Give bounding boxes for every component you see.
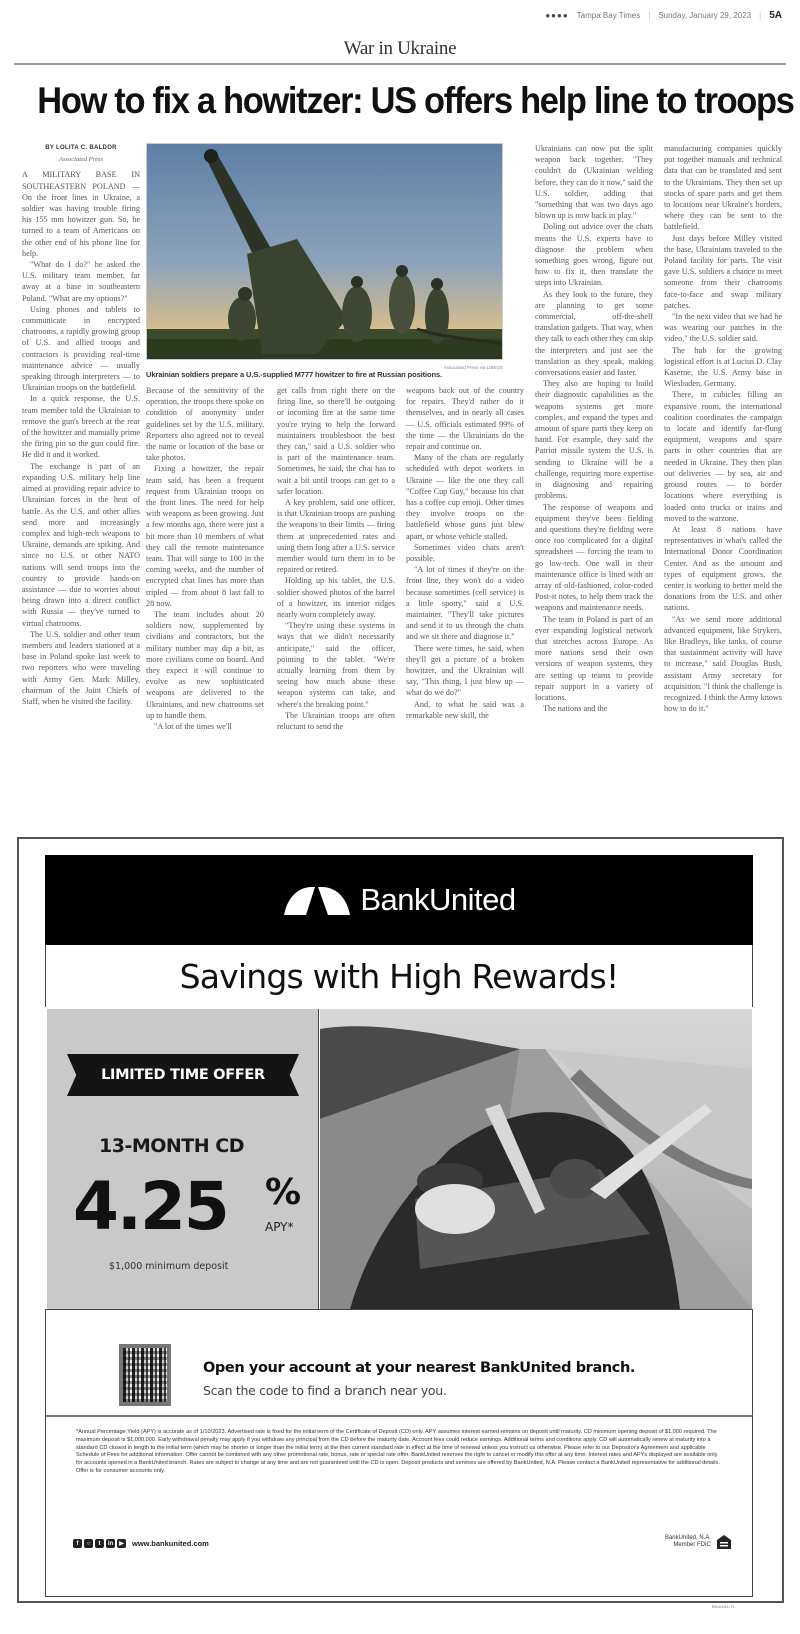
facebook-icon[interactable]: f: [73, 1539, 82, 1548]
ad-tagline: Savings with High Rewards!: [45, 945, 753, 1007]
article-paragraph: Because of the sensitivity of the operat…: [146, 385, 264, 463]
article-paragraph: Just days before Milley visited the base…: [664, 233, 782, 311]
article-paragraph: weapons back out of the country for repa…: [406, 385, 524, 452]
folio-ornament: ●●●●: [545, 11, 568, 20]
article-paragraph: "As we send more additional advanced equ…: [664, 614, 782, 715]
qr-code[interactable]: [119, 1344, 171, 1406]
article-column-4: weapons back out of the country for repa…: [406, 385, 524, 833]
ad-website-link[interactable]: www.bankunited.com: [132, 1539, 209, 1548]
ad-photo: [320, 1009, 752, 1309]
article-paragraph: The hub for the growing logistical effor…: [664, 345, 782, 390]
article-paragraph: There, in cubicles filling an expansive …: [664, 389, 782, 523]
bankunited-logo-icon: [282, 885, 352, 915]
article-paragraph: "A lot of the times we'll: [146, 721, 264, 732]
article-column-3: get calls from right there on the firing…: [277, 385, 395, 833]
article-column-2: Because of the sensitivity of the operat…: [146, 385, 264, 833]
limited-offer-ribbon: LIMITED TIME OFFER: [67, 1054, 299, 1096]
article-paragraph: Using phones and tablets to communicate …: [22, 304, 140, 394]
linkedin-icon[interactable]: in: [106, 1539, 115, 1548]
youtube-icon[interactable]: ▶: [117, 1539, 126, 1548]
article-paragraph: The U.S. soldier and other team members …: [22, 629, 140, 707]
qr-code-icon: [123, 1348, 167, 1402]
article-paragraph: The response of weapons and equipment th…: [535, 502, 653, 614]
ad-offer-panel: LIMITED TIME OFFER 13-MONTH CD 4.25 % AP…: [47, 1009, 319, 1309]
equal-housing-lender-icon: [716, 1534, 732, 1550]
article-paragraph: There were times, he said, when they'll …: [406, 643, 524, 699]
bank-legal-name: BankUnited, N.A.: [665, 1535, 711, 1543]
article-paragraph: The Ukrainian troops are often reluctant…: [277, 710, 395, 732]
article-byline-org: Associated Press: [22, 154, 140, 165]
fdic-notice: BankUnited, N.A. Member FDIC: [665, 1534, 732, 1550]
article-paragraph: They also are hoping to build their diag…: [535, 378, 653, 501]
article-paragraph: get calls from right there on the firing…: [277, 385, 395, 497]
cd-product-label: 13-MONTH CD: [99, 1135, 244, 1157]
ad-footer: *Annual Percentage Yield (APY) is accura…: [45, 1415, 753, 1597]
article-paragraph: "In the next video that we had he was we…: [664, 311, 782, 345]
cd-minimum-deposit: $1,000 minimum deposit: [109, 1261, 228, 1272]
article-paragraph: The exchange is part of an expanding U.S…: [22, 461, 140, 629]
article-paragraph: As they look to the future, they are pla…: [535, 289, 653, 379]
article-paragraph: Sometimes video chats aren't possible.: [406, 542, 524, 564]
photo-caption: Ukrainian soldiers prepare a U.S.-suppli…: [146, 370, 503, 379]
article-paragraph: Fixing a howitzer, the repair team said,…: [146, 463, 264, 609]
ad-code: BKU0011-T1: [712, 1604, 735, 1609]
ad-brand-header: BankUnited: [45, 855, 753, 945]
cd-rate-percent: %: [265, 1172, 301, 1213]
article-paragraph: "They're using these systems in ways tha…: [277, 620, 395, 710]
article-paragraph: Holding up his tablet, the U.S. soldier …: [277, 575, 395, 620]
social-links: f ○ t in ▶ www.bankunited.com: [73, 1539, 209, 1548]
member-fdic: Member FDIC: [665, 1542, 711, 1550]
article-paragraph: At least 8 nations have representatives …: [664, 524, 782, 614]
cta-sub-text: Scan the code to find a branch near you.: [203, 1383, 447, 1398]
twitter-icon[interactable]: t: [95, 1539, 104, 1548]
article-paragraph: Many of the chats are regularly schedule…: [406, 452, 524, 542]
ad-call-to-action: Open your account at your nearest BankUn…: [45, 1309, 753, 1415]
page-folio: ●●●● Tampa Bay Times | Sunday, January 2…: [545, 8, 782, 22]
folio-page-number: 5A: [769, 10, 782, 21]
article-column-5: Ukrainians can now put the split weapon …: [535, 143, 653, 833]
article-paragraph: In a quick response, the U.S. team membe…: [22, 393, 140, 460]
article-paragraph: "What do I do?" he asked the U.S. milita…: [22, 259, 140, 304]
ad-brand-name: BankUnited: [360, 882, 515, 918]
article-paragraph: A key problem, said one officer, is that…: [277, 497, 395, 575]
article-paragraph: manufacturing companies quickly put toge…: [664, 143, 782, 233]
article-column-6: manufacturing companies quickly put toge…: [664, 143, 782, 833]
article-headline: How to fix a howitzer: US offers help li…: [37, 80, 762, 122]
article-photo: [146, 143, 503, 360]
article-paragraph: "A lot of times if they're on the front …: [406, 564, 524, 642]
folio-paper-name: Tampa Bay Times: [577, 11, 641, 20]
article-paragraph: And, to what he said was a remarkable ne…: [406, 699, 524, 721]
article-paragraph: The team in Poland is part of an ever ex…: [535, 614, 653, 704]
article-paragraph: The team includes about 20 soldiers now,…: [146, 609, 264, 721]
convertible-photo-image: [320, 1009, 752, 1309]
article-paragraph: Ukrainians can now put the split weapon …: [535, 143, 653, 221]
folio-date: Sunday, January 29, 2023: [658, 11, 751, 20]
cta-main-text: Open your account at your nearest BankUn…: [203, 1360, 635, 1376]
article-paragraph: The nations and the: [535, 703, 653, 714]
article-byline: BY LOLITA C. BALDOR: [22, 143, 140, 154]
instagram-icon[interactable]: ○: [84, 1539, 93, 1548]
article-column-1: BY LOLITA C. BALDOR Associated Press A M…: [22, 143, 140, 833]
article-paragraph: Doling out advice over the chats means t…: [535, 221, 653, 288]
howitzer-photo-image: [147, 144, 503, 360]
section-divider: [14, 63, 786, 65]
cd-rate-value: 4.25: [73, 1167, 228, 1247]
article-paragraph: A MILITARY BASE IN SOUTHEASTERN POLAND —…: [22, 169, 140, 259]
section-label: War in Ukraine: [0, 38, 800, 60]
ad-disclaimer: *Annual Percentage Yield (APY) is accura…: [76, 1429, 724, 1476]
cd-rate-unit: APY*: [265, 1220, 294, 1234]
